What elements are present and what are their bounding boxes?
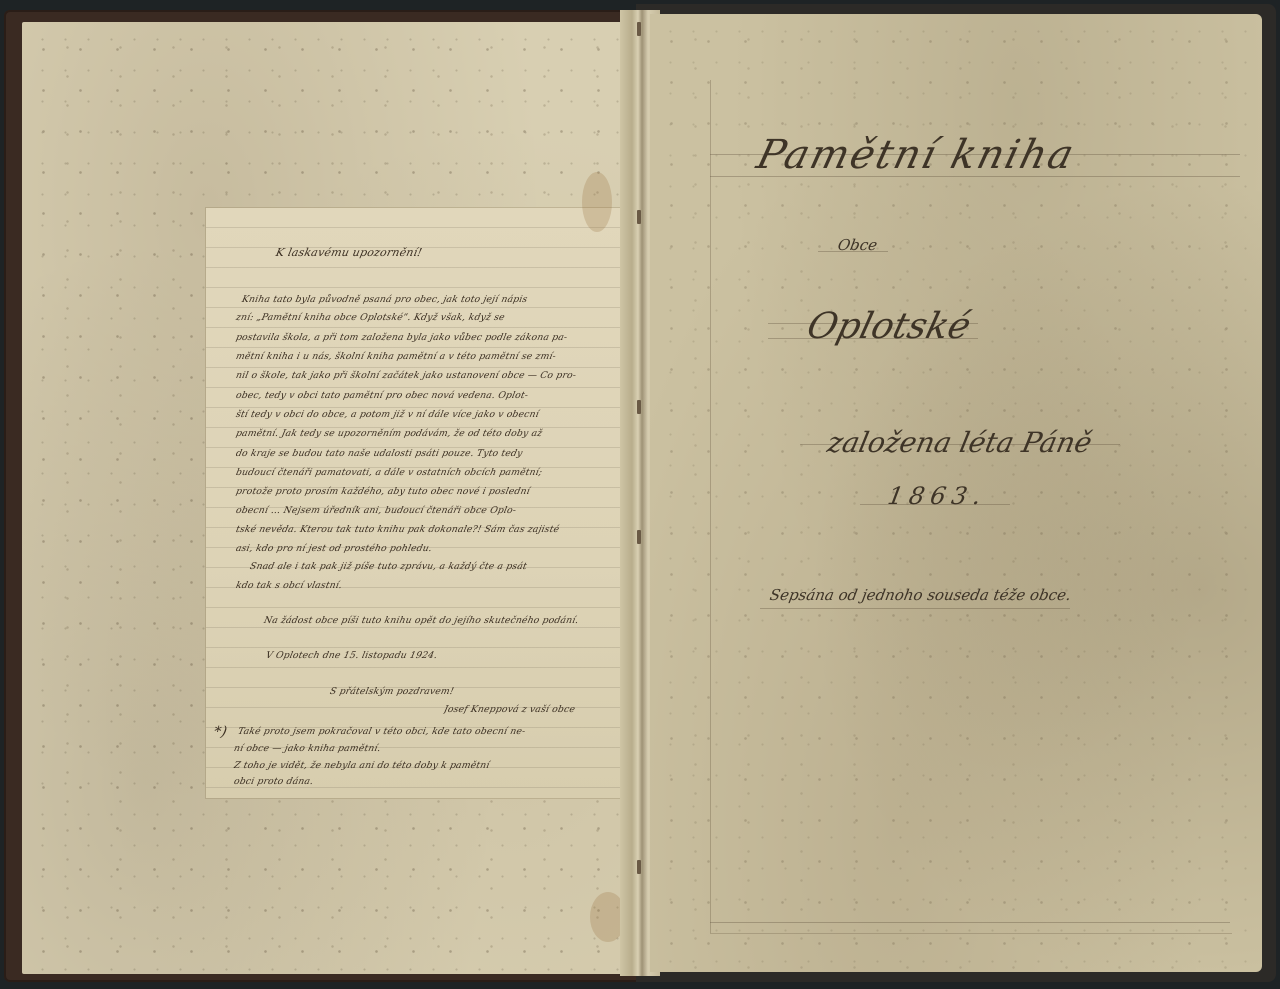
founded-label: založena léta Páně [824, 426, 1094, 459]
note-heading: K laskavému upozornění! [275, 246, 628, 259]
footnote-line: Z toho je vidět, že nebyla ani do této d… [233, 760, 627, 771]
note-line: Kniha tato byla původně psaná pro obec, … [241, 294, 627, 305]
binding-stitch [637, 210, 641, 224]
note-line: kdo tak s obcí vlastní. [235, 580, 627, 591]
scanned-book-spread: K laskavému upozornění! Kniha tato byla … [0, 0, 1280, 989]
water-stain [582, 172, 612, 232]
guide-rule [710, 922, 1230, 923]
note-line: nil o škole, tak jako při školní začátek… [235, 370, 627, 381]
note-line: postavila škola, a při tom založena byla… [235, 332, 627, 343]
note-line: zní: „Pamětní kniha obce Oplotské“. Když… [235, 312, 627, 323]
note-line: budoucí čtenáři pamatovati, a dále v ost… [235, 467, 627, 478]
note-line: Snad ale i tak pak již píše tuto zprávu,… [249, 561, 627, 572]
note-line: asi, kdo pro ní jest od prostého pohledu… [235, 543, 627, 554]
footnote-line: ní obce — jako kniha pamětní. [233, 743, 627, 754]
note-line: ští tedy v obci do obce, a potom již v n… [235, 409, 627, 420]
note-greeting: S přátelským pozdravem! [329, 686, 627, 697]
written-by: Sepsána od jednoho souseda téže obce. [768, 586, 1072, 604]
title-subtitle: Obce [836, 236, 878, 254]
note-line: tské nevěda. Kterou tak tuto knihu pak d… [235, 524, 627, 535]
binding-stitch [637, 530, 641, 544]
binding-stitch [637, 22, 641, 36]
pasted-note: K laskavému upozornění! Kniha tato byla … [206, 208, 626, 798]
note-line: do kraje se budou tato naše udalosti psá… [235, 448, 627, 459]
note-line: obec, tedy v obci tato pamětní pro obec … [235, 390, 627, 401]
note-date-line: V Oplotech dne 15. listopadu 1924. [265, 650, 627, 661]
founding-year: 1863. [886, 482, 990, 510]
guide-rule [760, 608, 1070, 609]
right-page: Pamětní kniha Obce Oplotské založena lét… [650, 14, 1262, 972]
note-line: mětní kniha i u nás, školní kniha pamětn… [235, 351, 627, 362]
place-name: Oplotské [803, 306, 975, 347]
note-line: pamětní. Jak tedy se upozorněním podávám… [235, 428, 627, 439]
left-page: K laskavému upozornění! Kniha tato byla … [22, 22, 636, 974]
footnote-line: Také proto jsem pokračoval v této obci, … [237, 726, 627, 737]
footnote-line: obci proto dána. [233, 776, 627, 787]
note-request-line: Na žádost obce píši tuto knihu opět do j… [263, 615, 627, 626]
book-title: Pamětní kniha [752, 132, 1080, 178]
binding-stitch [637, 860, 641, 874]
binding-stitch [637, 400, 641, 414]
note-line: protože proto prosím každého, aby tuto o… [235, 486, 627, 497]
note-signature: Josef Kneppová z vaší obce [443, 704, 627, 715]
note-line: obecní … Nejsem úředník ani, budoucí čte… [235, 505, 627, 516]
